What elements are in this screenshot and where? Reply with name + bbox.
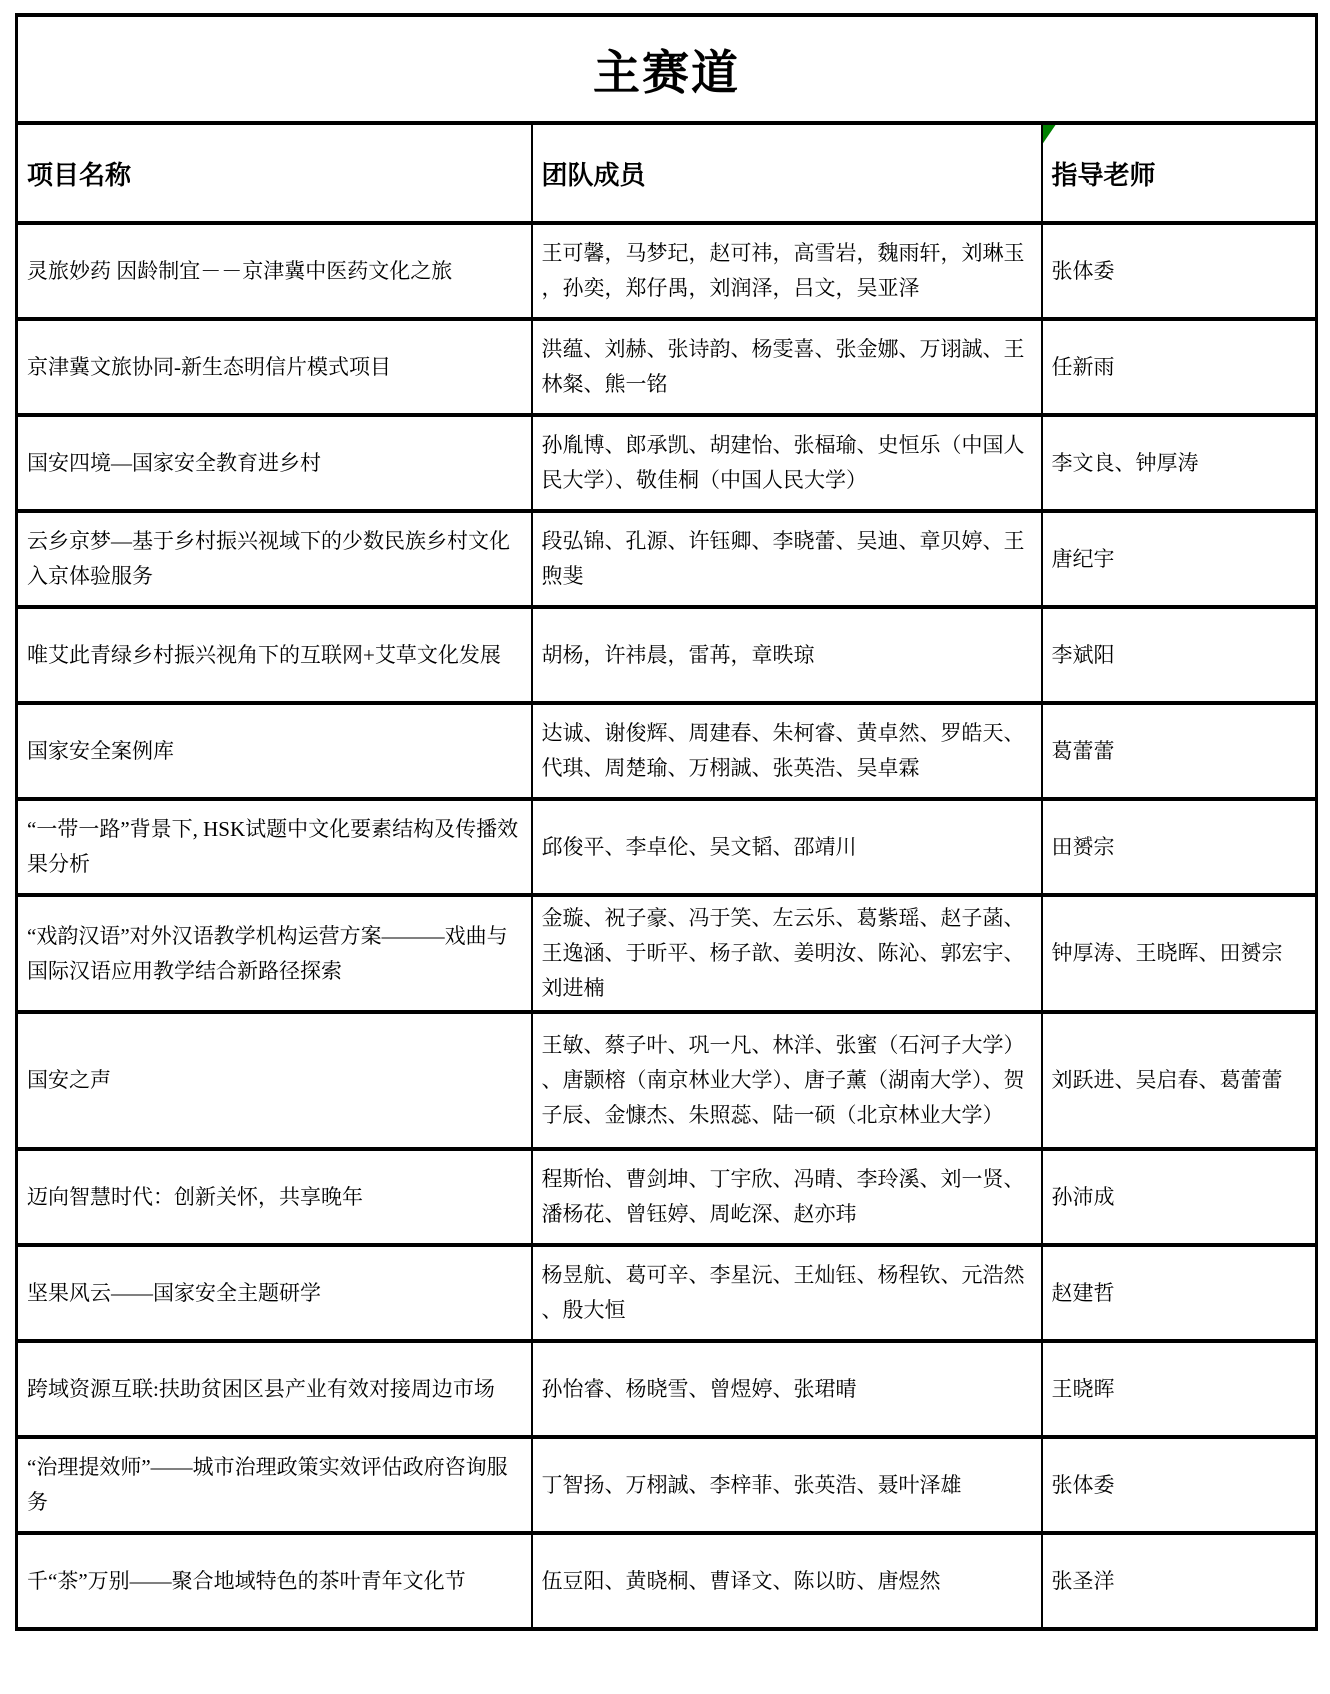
table-row: 迈向智慧时代：创新关怀，共享晚年程斯怡、曹剑坤、丁宇欣、冯晴、李玲溪、刘一贤、潘… [17, 1149, 1317, 1245]
team-members-cell: 伍豆阳、黄晓桐、曹译文、陈以昉、唐煜然 [532, 1533, 1042, 1629]
team-members-cell: 金璇、祝子豪、冯于笑、左云乐、葛紫瑶、赵子菡、王逸涵、于昕平、杨子歆、姜明汝、陈… [532, 895, 1042, 1012]
project-name-cell: 京津冀文旅协同-新生态明信片模式项目 [17, 319, 532, 415]
table-row: “治理提效师”——城市治理政策实效评估政府咨询服务丁智扬、万栩誠、李梓菲、张英浩… [17, 1437, 1317, 1533]
table-row: “戏韵汉语”对外汉语教学机构运营方案———戏曲与国际汉语应用教学结合新路径探索金… [17, 895, 1317, 1012]
project-name-cell: 国安四境—国家安全教育进乡村 [17, 415, 532, 511]
table-row: 灵旅妙药 因龄制宜－－京津冀中医药文化之旅王可馨，马梦玘，赵可祎，高雪岩，魏雨轩… [17, 223, 1317, 319]
team-members-cell: 孙胤博、郎承凯、胡建怡、张楅瑜、史恒乐（中国人民大学）、敬佳桐（中国人民大学） [532, 415, 1042, 511]
team-members-cell: 王敏、蔡子叶、巩一凡、林洋、张蜜（石河子大学）、唐颢榕（南京林业大学）、唐子薰（… [532, 1012, 1042, 1149]
advisor-cell: 李文良、钟厚涛 [1042, 415, 1317, 511]
table-row: 跨域资源互联:扶助贫困区县产业有效对接周边市场孙怡睿、杨晓雪、曾煜婷、张珺晴王晓… [17, 1341, 1317, 1437]
title-row: 主赛道 [17, 15, 1317, 123]
advisor-cell: 赵建哲 [1042, 1245, 1317, 1341]
team-members-cell: 段弘锦、孔源、许钰卿、李晓蕾、吴迪、章贝婷、王煦斐 [532, 511, 1042, 607]
team-members-cell: 程斯怡、曹剑坤、丁宇欣、冯晴、李玲溪、刘一贤、潘杨花、曾钰婷、周屹深、赵亦玮 [532, 1149, 1042, 1245]
advisor-cell: 葛蕾蕾 [1042, 703, 1317, 799]
column-header-team-members: 团队成员 [532, 123, 1042, 223]
team-members-cell: 洪蕴、刘赫、张诗韵、杨雯喜、张金娜、万诩誠、王林粲、熊一铭 [532, 319, 1042, 415]
advisor-cell: 张体委 [1042, 223, 1317, 319]
project-name-cell: 灵旅妙药 因龄制宜－－京津冀中医药文化之旅 [17, 223, 532, 319]
table-row: 云乡京梦—基于乡村振兴视域下的少数民族乡村文化入京体验服务段弘锦、孔源、许钰卿、… [17, 511, 1317, 607]
table-row: 唯艾此青绿乡村振兴视角下的互联网+艾草文化发展胡杨，许祎晨，雷苒，章昳琼李斌阳 [17, 607, 1317, 703]
project-name-cell: “一带一路”背景下, HSK试题中文化要素结构及传播效果分析 [17, 799, 532, 895]
table-row: 国安之声王敏、蔡子叶、巩一凡、林洋、张蜜（石河子大学）、唐颢榕（南京林业大学）、… [17, 1012, 1317, 1149]
team-members-cell: 杨昱航、葛可辛、李星沅、王灿钰、杨程钦、元浩然、殷大恒 [532, 1245, 1042, 1341]
team-members-cell: 达诚、谢俊辉、周建春、朱柯睿、黄卓然、罗皓天、代琪、周楚瑜、万栩誠、张英浩、吴卓… [532, 703, 1042, 799]
advisor-cell: 张圣洋 [1042, 1533, 1317, 1629]
table-row: “一带一路”背景下, HSK试题中文化要素结构及传播效果分析邱俊平、李卓伦、吴文… [17, 799, 1317, 895]
project-name-cell: 唯艾此青绿乡村振兴视角下的互联网+艾草文化发展 [17, 607, 532, 703]
team-members-cell: 孙怡睿、杨晓雪、曾煜婷、张珺晴 [532, 1341, 1042, 1437]
project-name-cell: 千“茶”万别——聚合地域特色的茶叶青年文化节 [17, 1533, 532, 1629]
advisor-cell: 张体委 [1042, 1437, 1317, 1533]
column-header-advisor-label: 指导老师 [1052, 161, 1156, 190]
advisor-cell: 刘跃进、吴启春、葛蕾蕾 [1042, 1012, 1317, 1149]
table-row: 千“茶”万别——聚合地域特色的茶叶青年文化节伍豆阳、黄晓桐、曹译文、陈以昉、唐煜… [17, 1533, 1317, 1629]
advisor-cell: 田赟宗 [1042, 799, 1317, 895]
main-track-table: 主赛道 项目名称 团队成员 指导老师 灵旅妙药 因龄制宜－－京津冀中医药文化之旅… [15, 13, 1318, 1631]
advisor-cell: 唐纪宇 [1042, 511, 1317, 607]
table-row: 国家安全案例库达诚、谢俊辉、周建春、朱柯睿、黄卓然、罗皓天、代琪、周楚瑜、万栩誠… [17, 703, 1317, 799]
table-row: 京津冀文旅协同-新生态明信片模式项目洪蕴、刘赫、张诗韵、杨雯喜、张金娜、万诩誠、… [17, 319, 1317, 415]
team-members-cell: 邱俊平、李卓伦、吴文韬、邵靖川 [532, 799, 1042, 895]
team-members-cell: 王可馨，马梦玘，赵可祎，高雪岩，魏雨轩，刘琳玉，孙奕，郑仔禺，刘润泽，吕文，吴亚… [532, 223, 1042, 319]
project-name-cell: “治理提效师”——城市治理政策实效评估政府咨询服务 [17, 1437, 532, 1533]
advisor-cell: 任新雨 [1042, 319, 1317, 415]
project-name-cell: 国家安全案例库 [17, 703, 532, 799]
advisor-cell: 李斌阳 [1042, 607, 1317, 703]
project-name-cell: 迈向智慧时代：创新关怀，共享晚年 [17, 1149, 532, 1245]
project-name-cell: 跨域资源互联:扶助贫困区县产业有效对接周边市场 [17, 1341, 532, 1437]
green-corner-triangle-icon [1043, 125, 1056, 144]
project-name-cell: 云乡京梦—基于乡村振兴视域下的少数民族乡村文化入京体验服务 [17, 511, 532, 607]
table-title: 主赛道 [17, 15, 1317, 123]
advisor-cell: 王晓晖 [1042, 1341, 1317, 1437]
project-name-cell: “戏韵汉语”对外汉语教学机构运营方案———戏曲与国际汉语应用教学结合新路径探索 [17, 895, 532, 1012]
main-track-table-container: 主赛道 项目名称 团队成员 指导老师 灵旅妙药 因龄制宜－－京津冀中医药文化之旅… [15, 13, 1315, 1631]
header-row: 项目名称 团队成员 指导老师 [17, 123, 1317, 223]
table-row: 国安四境—国家安全教育进乡村孙胤博、郎承凯、胡建怡、张楅瑜、史恒乐（中国人民大学… [17, 415, 1317, 511]
table-body: 灵旅妙药 因龄制宜－－京津冀中医药文化之旅王可馨，马梦玘，赵可祎，高雪岩，魏雨轩… [17, 223, 1317, 1629]
advisor-cell: 钟厚涛、王晓晖、田赟宗 [1042, 895, 1317, 1012]
team-members-cell: 胡杨，许祎晨，雷苒，章昳琼 [532, 607, 1042, 703]
column-header-project-name: 项目名称 [17, 123, 532, 223]
project-name-cell: 坚果风云——国家安全主题研学 [17, 1245, 532, 1341]
project-name-cell: 国安之声 [17, 1012, 532, 1149]
team-members-cell: 丁智扬、万栩誠、李梓菲、张英浩、聂叶泽雄 [532, 1437, 1042, 1533]
advisor-cell: 孙沛成 [1042, 1149, 1317, 1245]
column-header-advisor: 指导老师 [1042, 123, 1317, 223]
table-row: 坚果风云——国家安全主题研学杨昱航、葛可辛、李星沅、王灿钰、杨程钦、元浩然、殷大… [17, 1245, 1317, 1341]
